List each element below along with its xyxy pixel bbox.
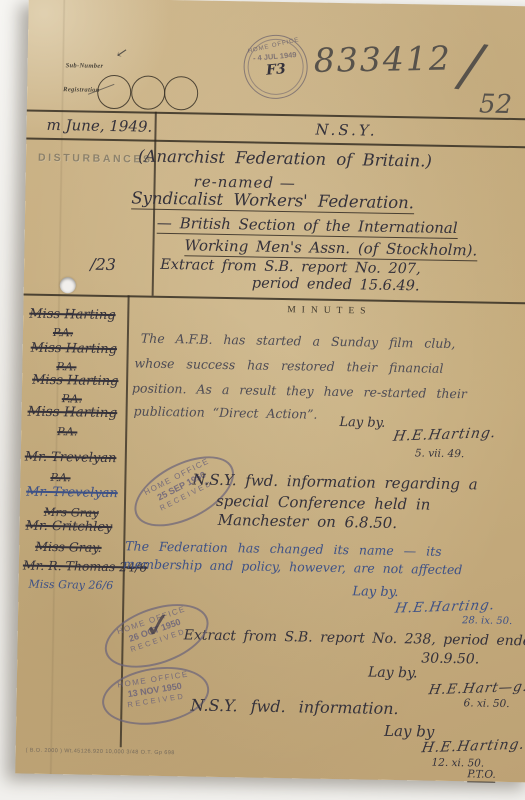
routing-entry: Miss Gray 26/6 bbox=[28, 578, 113, 592]
folio-number: /23 bbox=[90, 255, 116, 274]
pto-note: P.T.O. bbox=[467, 768, 496, 782]
subject-line: Syndicalist Workers' Federation. bbox=[131, 188, 414, 214]
layby-note: Lay by. bbox=[339, 415, 385, 431]
minute-text-line: Manchester on 6.8.50. bbox=[218, 511, 398, 532]
routing-entry: Mr. Trevelyan bbox=[25, 450, 117, 467]
routing-entry: Miss Harting bbox=[31, 341, 118, 358]
routing-entry: Mr. Trevelyan bbox=[26, 485, 118, 502]
registration-circle bbox=[164, 76, 199, 111]
classification-stamp: DISTURBANCES bbox=[38, 152, 153, 166]
routing-entry: Miss Harting bbox=[32, 373, 119, 390]
registration-circle bbox=[97, 75, 132, 110]
minute-date: 28. ix. 50. bbox=[462, 615, 512, 627]
routing-entry: Miss Gray. bbox=[35, 539, 102, 555]
minute-text-line: Extract from S.B. report No. 238, period… bbox=[184, 627, 525, 649]
minute-date: 5. vii. 49. bbox=[415, 447, 465, 460]
minute-date: 6. xi. 50. bbox=[463, 697, 509, 710]
subject-line: (Anarchist Federation of Britain.) bbox=[138, 146, 432, 170]
routing-entry: Mrs Gray bbox=[44, 505, 99, 520]
minute-text-line: 30.9.50. bbox=[421, 650, 479, 667]
minute-text-line: special Conference held in bbox=[216, 492, 431, 514]
minute-text-line: whose success has restored their financi… bbox=[134, 355, 443, 375]
minute-text-line: publication “Direct Action”. bbox=[133, 403, 317, 421]
signature: H.E.Harting. bbox=[394, 597, 497, 617]
extract-note-line: Extract from S.B. report No. 207, bbox=[160, 257, 421, 278]
registration-circle bbox=[131, 75, 166, 110]
layby-note: Lay by. bbox=[352, 584, 398, 600]
punch-hole bbox=[60, 277, 76, 293]
pencil-arrow-icon: ↙ bbox=[114, 44, 129, 62]
minute-sheet: Sub-Number Registration ↙ HOME OFFICE - … bbox=[15, 0, 525, 782]
extract-note-line: period ended 15.6.49. bbox=[252, 275, 420, 294]
minute-text-line: membership and policy, however, are not … bbox=[123, 556, 463, 577]
layby-note: Lay by. bbox=[368, 665, 418, 682]
routing-entry: Miss Harting bbox=[29, 307, 116, 324]
file-sub-number: 52 bbox=[479, 89, 513, 120]
rule-header bbox=[26, 138, 525, 149]
minute-text-line: position. As a result they have re-start… bbox=[132, 380, 467, 401]
routing-entry: P.A. bbox=[50, 471, 70, 484]
signature: H.E.Hart—g. bbox=[427, 679, 525, 699]
file-number: 833412 bbox=[313, 39, 452, 80]
minute-text-line: N.S.Y. fwd. information. bbox=[190, 695, 398, 718]
printer-imprint: ( B.O. 2000 ) Wt.45126.920 10,000 3/48 O… bbox=[26, 748, 175, 757]
minute-text-line: N.S.Y. fwd. information regarding a bbox=[192, 470, 478, 493]
date-cell: m June, 1949. bbox=[46, 116, 152, 136]
rule-minutes bbox=[24, 293, 525, 304]
routing-entry: Mr. Critchley bbox=[25, 519, 112, 536]
home-office-date-stamp: HOME OFFICE - 4 JUL 1949 F3 bbox=[241, 32, 310, 101]
minute-text-line: The A.F.B. has started a Sunday film clu… bbox=[141, 331, 456, 351]
sub-number-label: Sub-Number bbox=[66, 62, 104, 70]
minute-text-line: The Federation has changed its name — it… bbox=[125, 538, 442, 559]
routing-entry: P.A. bbox=[57, 425, 77, 438]
photo-backdrop: Sub-Number Registration ↙ HOME OFFICE - … bbox=[0, 0, 525, 800]
tick-mark: ✓ bbox=[142, 604, 175, 647]
routing-entry: P.A. bbox=[53, 326, 73, 339]
signature: H.E.Harting. bbox=[420, 737, 525, 757]
routing-entry: Miss Harting bbox=[27, 404, 117, 422]
subject-line: — British Section of the International bbox=[157, 214, 458, 239]
minutes-heading: MINUTES bbox=[127, 302, 525, 319]
routing-entry: P.A. bbox=[56, 360, 76, 373]
source-cell: N.S.Y. bbox=[266, 120, 426, 141]
signature: H.E.Harting. bbox=[392, 425, 498, 445]
